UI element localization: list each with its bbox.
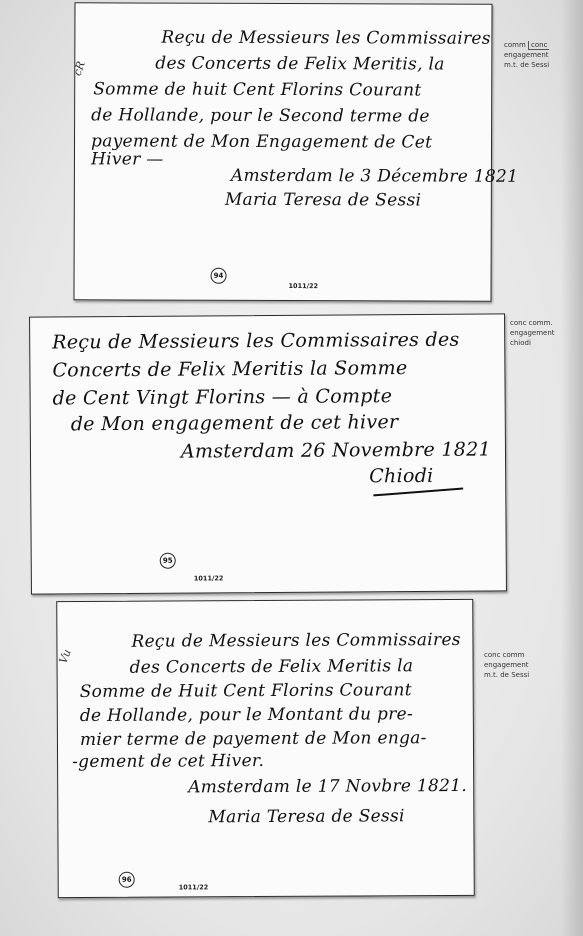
receipt-line: Reçu de Messieurs les Commissaires [161,28,490,49]
note-text: engagement [510,328,555,338]
receipt-line: Reçu de Messieurs les Commissaires [131,630,460,652]
receipt-line: des Concerts de Felix Meritis la [130,656,414,677]
receipt-line: de Mon engagement de cet hiver [71,411,399,435]
catalog-number: 1011/22 [289,282,319,290]
note-text: m.t. de Sessi [504,60,549,70]
note-text: conc comm [484,650,529,660]
catalog-number: 1011/22 [179,883,209,891]
archive-side-note-2: conc comm. engagement chiodi [510,318,555,348]
archive-side-note-1: comm conc engagement m.t. de Sessi [504,40,549,70]
catalog-number: 1011/22 [194,574,224,582]
receipt-card-1: Reçu de Messieurs les Commissaires des C… [73,2,492,301]
note-text: conc comm. [510,318,555,328]
receipt-date-line: Amsterdam le 17 Novbre 1821. [188,776,467,797]
receipt-line: de Hollande, pour le Second terme de [91,105,430,126]
receipt-line: Somme de Huit Cent Florins Courant [80,680,412,702]
note-text: engagement [484,660,529,670]
receipt-line: Reçu de Messieurs les Commissaires des [52,329,459,354]
receipt-line: de Cent Vingt Florins — à Compte [53,385,393,409]
receipt-signature: Maria Teresa de Sessi [225,190,421,211]
receipt-line: de Hollande, pour le Montant du pre- [80,704,413,726]
receipt-card-3: Reçu de Messieurs les Commissaires des C… [56,599,475,898]
note-text: m.t. de Sessi [484,670,529,680]
folio-number: 94 [211,268,227,284]
receipt-signature: Chiodi [369,465,433,487]
receipt-signature: Maria Teresa de Sessi [208,806,405,827]
receipt-date-line: Amsterdam 26 Novembre 1821 [181,438,491,462]
receipt-line: Somme de huit Cent Florins Courant [93,79,421,100]
archive-side-note-3: conc comm engagement m.t. de Sessi [484,650,529,680]
note-text: comm [504,41,526,49]
folio-number: 96 [119,872,135,888]
receipt-line: -gement de cet Hiver. [72,751,264,772]
receipt-line: Hiver — [91,149,164,169]
note-text: conc [528,41,549,50]
note-text: chiodi [510,338,555,348]
signature-underline [373,488,463,497]
scan-edge-shadow [561,0,583,936]
receipt-line: des Concerts de Felix Meritis, la [155,54,444,75]
note-text: engagement [504,50,549,60]
receipt-line: mier terme de payement de Mon enga- [80,728,427,750]
receipt-date-line: Amsterdam le 3 Décembre 1821 [231,166,518,187]
receipt-card-2: Reçu de Messieurs les Commissaires des C… [29,313,507,594]
receipt-line: Concerts de Felix Meritis la Somme [52,357,407,381]
folio-number: 95 [160,553,176,569]
